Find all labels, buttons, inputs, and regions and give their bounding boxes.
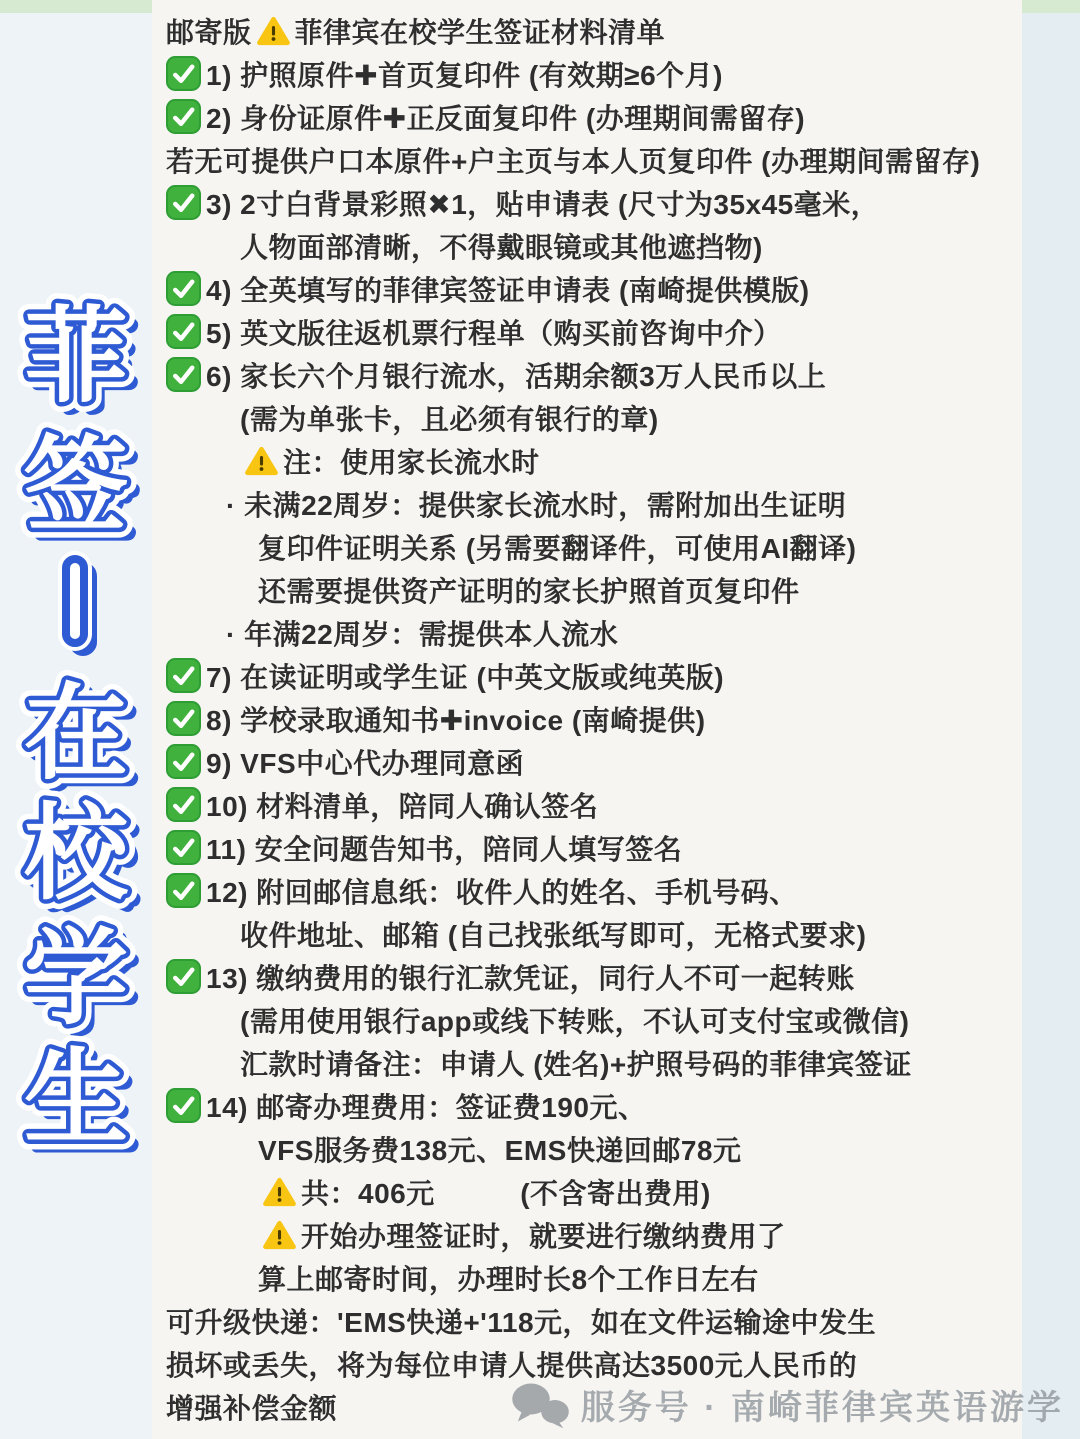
right-margin [1022,0,1080,1439]
line-text: VFS服务费138元、EMS快递回邮78元 [258,1129,742,1169]
checklist-line: 若无可提供户口本原件+户主页与本人页复印件 (办理期间需留存) [166,138,1014,181]
line-text: 复印件证明关系 (另需要翻译件，可使用AI翻译) [258,527,856,567]
line-text: 9) VFS中心代办理同意函 [206,742,524,782]
check-icon [166,959,201,994]
line-text: 汇款时请备注：申请人 (姓名)+护照号码的菲律宾签证 [240,1043,912,1083]
wechat-icon [509,1381,571,1429]
checklist-line: (需为单张卡，且必须有银行的章) [166,396,1014,439]
line-text: 12) 附回邮信息纸：收件人的姓名、手机号码、 [206,871,798,911]
line-text: 6) 家长六个月银行流水，活期余额3万人民币以上 [206,355,826,395]
check-icon [166,99,201,134]
warning-icon [263,1220,296,1250]
line-text: 注：使用家长流水时 [283,441,540,481]
line-text: 11) 安全问题告知书，陪同人填写签名 [206,828,682,868]
checklist-line: 复印件证明关系 (另需要翻译件，可使用AI翻译) [166,525,1014,568]
check-icon [166,744,201,779]
checklist-line: VFS服务费138元、EMS快递回邮78元 [166,1127,1014,1170]
checklist-line: (需用使用银行app或线下转账，不认可支付宝或微信) [166,998,1014,1041]
check-icon [166,701,201,736]
line-text: 共：406元 (不含寄出费用) [301,1172,711,1212]
check-icon [166,357,201,392]
checklist-line: 人物面部清晰，不得戴眼镜或其他遮挡物) [166,224,1014,267]
checklist: 邮寄版 菲律宾在校学生签证材料清单 1) 护照原件✚首页复印件 (有效期≥6个月… [152,0,1022,1428]
watermark: 服务号 · 南崎菲律宾英语游学 [509,1380,1064,1429]
check-icon [166,185,201,220]
check-icon [166,314,201,349]
warning-icon [263,1177,296,1207]
content-card: 邮寄版 菲律宾在校学生签证材料清单 1) 护照原件✚首页复印件 (有效期≥6个月… [152,0,1022,1439]
line-text: 2) 身份证原件✚正反面复印件 (办理期间需留存) [206,97,805,137]
line-text: 可升级快递：'EMS快递+'118元，如在文件运输途中发生 [166,1301,876,1341]
line-text: 损坏或丢失，将为每位申请人提供高达3500元人民币的 [166,1344,857,1384]
checklist-line: 6) 家长六个月银行流水，活期余额3万人民币以上 [166,353,1014,396]
line-text: 4) 全英填写的菲律宾签证申请表 (南崎提供模版) [206,269,810,309]
checklist-line: 可升级快递：'EMS快递+'118元，如在文件运输途中发生 [166,1299,1014,1342]
line-text: 1) 护照原件✚首页复印件 (有效期≥6个月) [206,54,723,94]
checklist-line: 2) 身份证原件✚正反面复印件 (办理期间需留存) [166,95,1014,138]
checklist-line: 14) 邮寄办理费用：签证费190元、 [166,1084,1014,1127]
check-icon [166,1088,201,1123]
checklist-line: 10) 材料清单，陪同人确认签名 [166,783,1014,826]
line-text: (需用使用银行app或线下转账，不认可支付宝或微信) [240,1000,909,1040]
line-text: 算上邮寄时间，办理时长8个工作日左右 [258,1258,759,1298]
checklist-line: 4) 全英填写的菲律宾签证申请表 (南崎提供模版) [166,267,1014,310]
checklist-line: · 未满22周岁：提供家长流水时，需附加出生证明 [166,482,1014,525]
line-text: · 年满22周岁：需提供本人流水 [226,613,618,653]
line-text: 10) 材料清单，陪同人确认签名 [206,785,598,825]
svg-text:签: 签 [24,428,128,544]
line-text: 若无可提供户口本原件+户主页与本人页复印件 (办理期间需留存) [166,140,980,180]
line-text: 还需要提供资产证明的家长护照首页复印件 [258,570,800,610]
line-text: (需为单张卡，且必须有银行的章) [240,398,659,438]
warning-icon [257,16,290,46]
svg-text:校: 校 [24,796,131,912]
line-text: · 未满22周岁：提供家长流水时，需附加出生证明 [226,484,846,524]
svg-text:生: 生 [24,1041,128,1157]
line-text: 14) 邮寄办理费用：签证费190元、 [206,1086,646,1126]
line-text: 增强补偿金额 [166,1387,337,1427]
checklist-line: 汇款时请备注：申请人 (姓名)+护照号码的菲律宾签证 [166,1041,1014,1084]
line-text: 开始办理签证时，就要进行缴纳费用了 [301,1215,786,1255]
checklist-line: 5) 英文版往返机票行程单（购买前咨询中介） [166,310,1014,353]
svg-text:在: 在 [24,676,128,792]
svg-text:菲: 菲 [24,299,128,415]
checklist-line: 算上邮寄时间，办理时长8个工作日左右 [166,1256,1014,1299]
checklist-line: 12) 附回邮信息纸：收件人的姓名、手机号码、 [166,869,1014,912]
checklist-line: 1) 护照原件✚首页复印件 (有效期≥6个月) [166,52,1014,95]
vertical-title: 菲菲菲签签签在在在校校校学学学生生生 [0,288,152,1172]
checklist-line: 注：使用家长流水时 [166,439,1014,482]
checklist-line: 收件地址、邮箱 (自己找张纸写即可，无格式要求) [166,912,1014,955]
checklist-line: 11) 安全问题告知书，陪同人填写签名 [166,826,1014,869]
line-text: 3) 2寸白背景彩照✖1，贴申请表 (尺寸为35x45毫米， [206,183,879,223]
checklist-line: 9) VFS中心代办理同意函 [166,740,1014,783]
checklist-line: 还需要提供资产证明的家长护照首页复印件 [166,568,1014,611]
line-text: 8) 学校录取通知书✚invoice (南崎提供) [206,699,706,739]
line-text: 人物面部清晰，不得戴眼镜或其他遮挡物) [240,226,763,266]
check-icon [166,658,201,693]
checklist-line: 损坏或丢失，将为每位申请人提供高达3500元人民币的 [166,1342,1014,1385]
line-text: 收件地址、邮箱 (自己找张纸写即可，无格式要求) [240,914,866,954]
check-icon [166,56,201,91]
line-text: 5) 英文版往返机票行程单（购买前咨询中介） [206,312,782,352]
checklist-line: 开始办理签证时，就要进行缴纳费用了 [166,1213,1014,1256]
checklist-line: 共：406元 (不含寄出费用) [166,1170,1014,1213]
checklist-line: 3) 2寸白背景彩照✖1，贴申请表 (尺寸为35x45毫米， [166,181,1014,224]
checklist-line: 13) 缴纳费用的银行汇款凭证，同行人不可一起转账 [166,955,1014,998]
visa-checklist-poster: 邮寄版 菲律宾在校学生签证材料清单 1) 护照原件✚首页复印件 (有效期≥6个月… [0,0,1080,1439]
checklist-line: 7) 在读证明或学生证 (中英文版或纯英版) [166,654,1014,697]
list-title-post: 菲律宾在校学生签证材料清单 [295,11,666,51]
list-title: 邮寄版 菲律宾在校学生签证材料清单 [166,9,1014,52]
svg-text:学: 学 [24,921,128,1037]
check-icon [166,787,201,822]
line-text: 7) 在读证明或学生证 (中英文版或纯英版) [206,656,724,696]
checklist-line: 8) 学校录取通知书✚invoice (南崎提供) [166,697,1014,740]
check-icon [166,271,201,306]
list-title-pre: 邮寄版 [166,11,252,51]
check-icon [166,873,201,908]
check-icon [166,830,201,865]
checklist-line: · 年满22周岁：需提供本人流水 [166,611,1014,654]
warning-icon [245,446,278,476]
watermark-text: 服务号 · 南崎菲律宾英语游学 [581,1380,1064,1429]
line-text: 13) 缴纳费用的银行汇款凭证，同行人不可一起转账 [206,957,855,997]
